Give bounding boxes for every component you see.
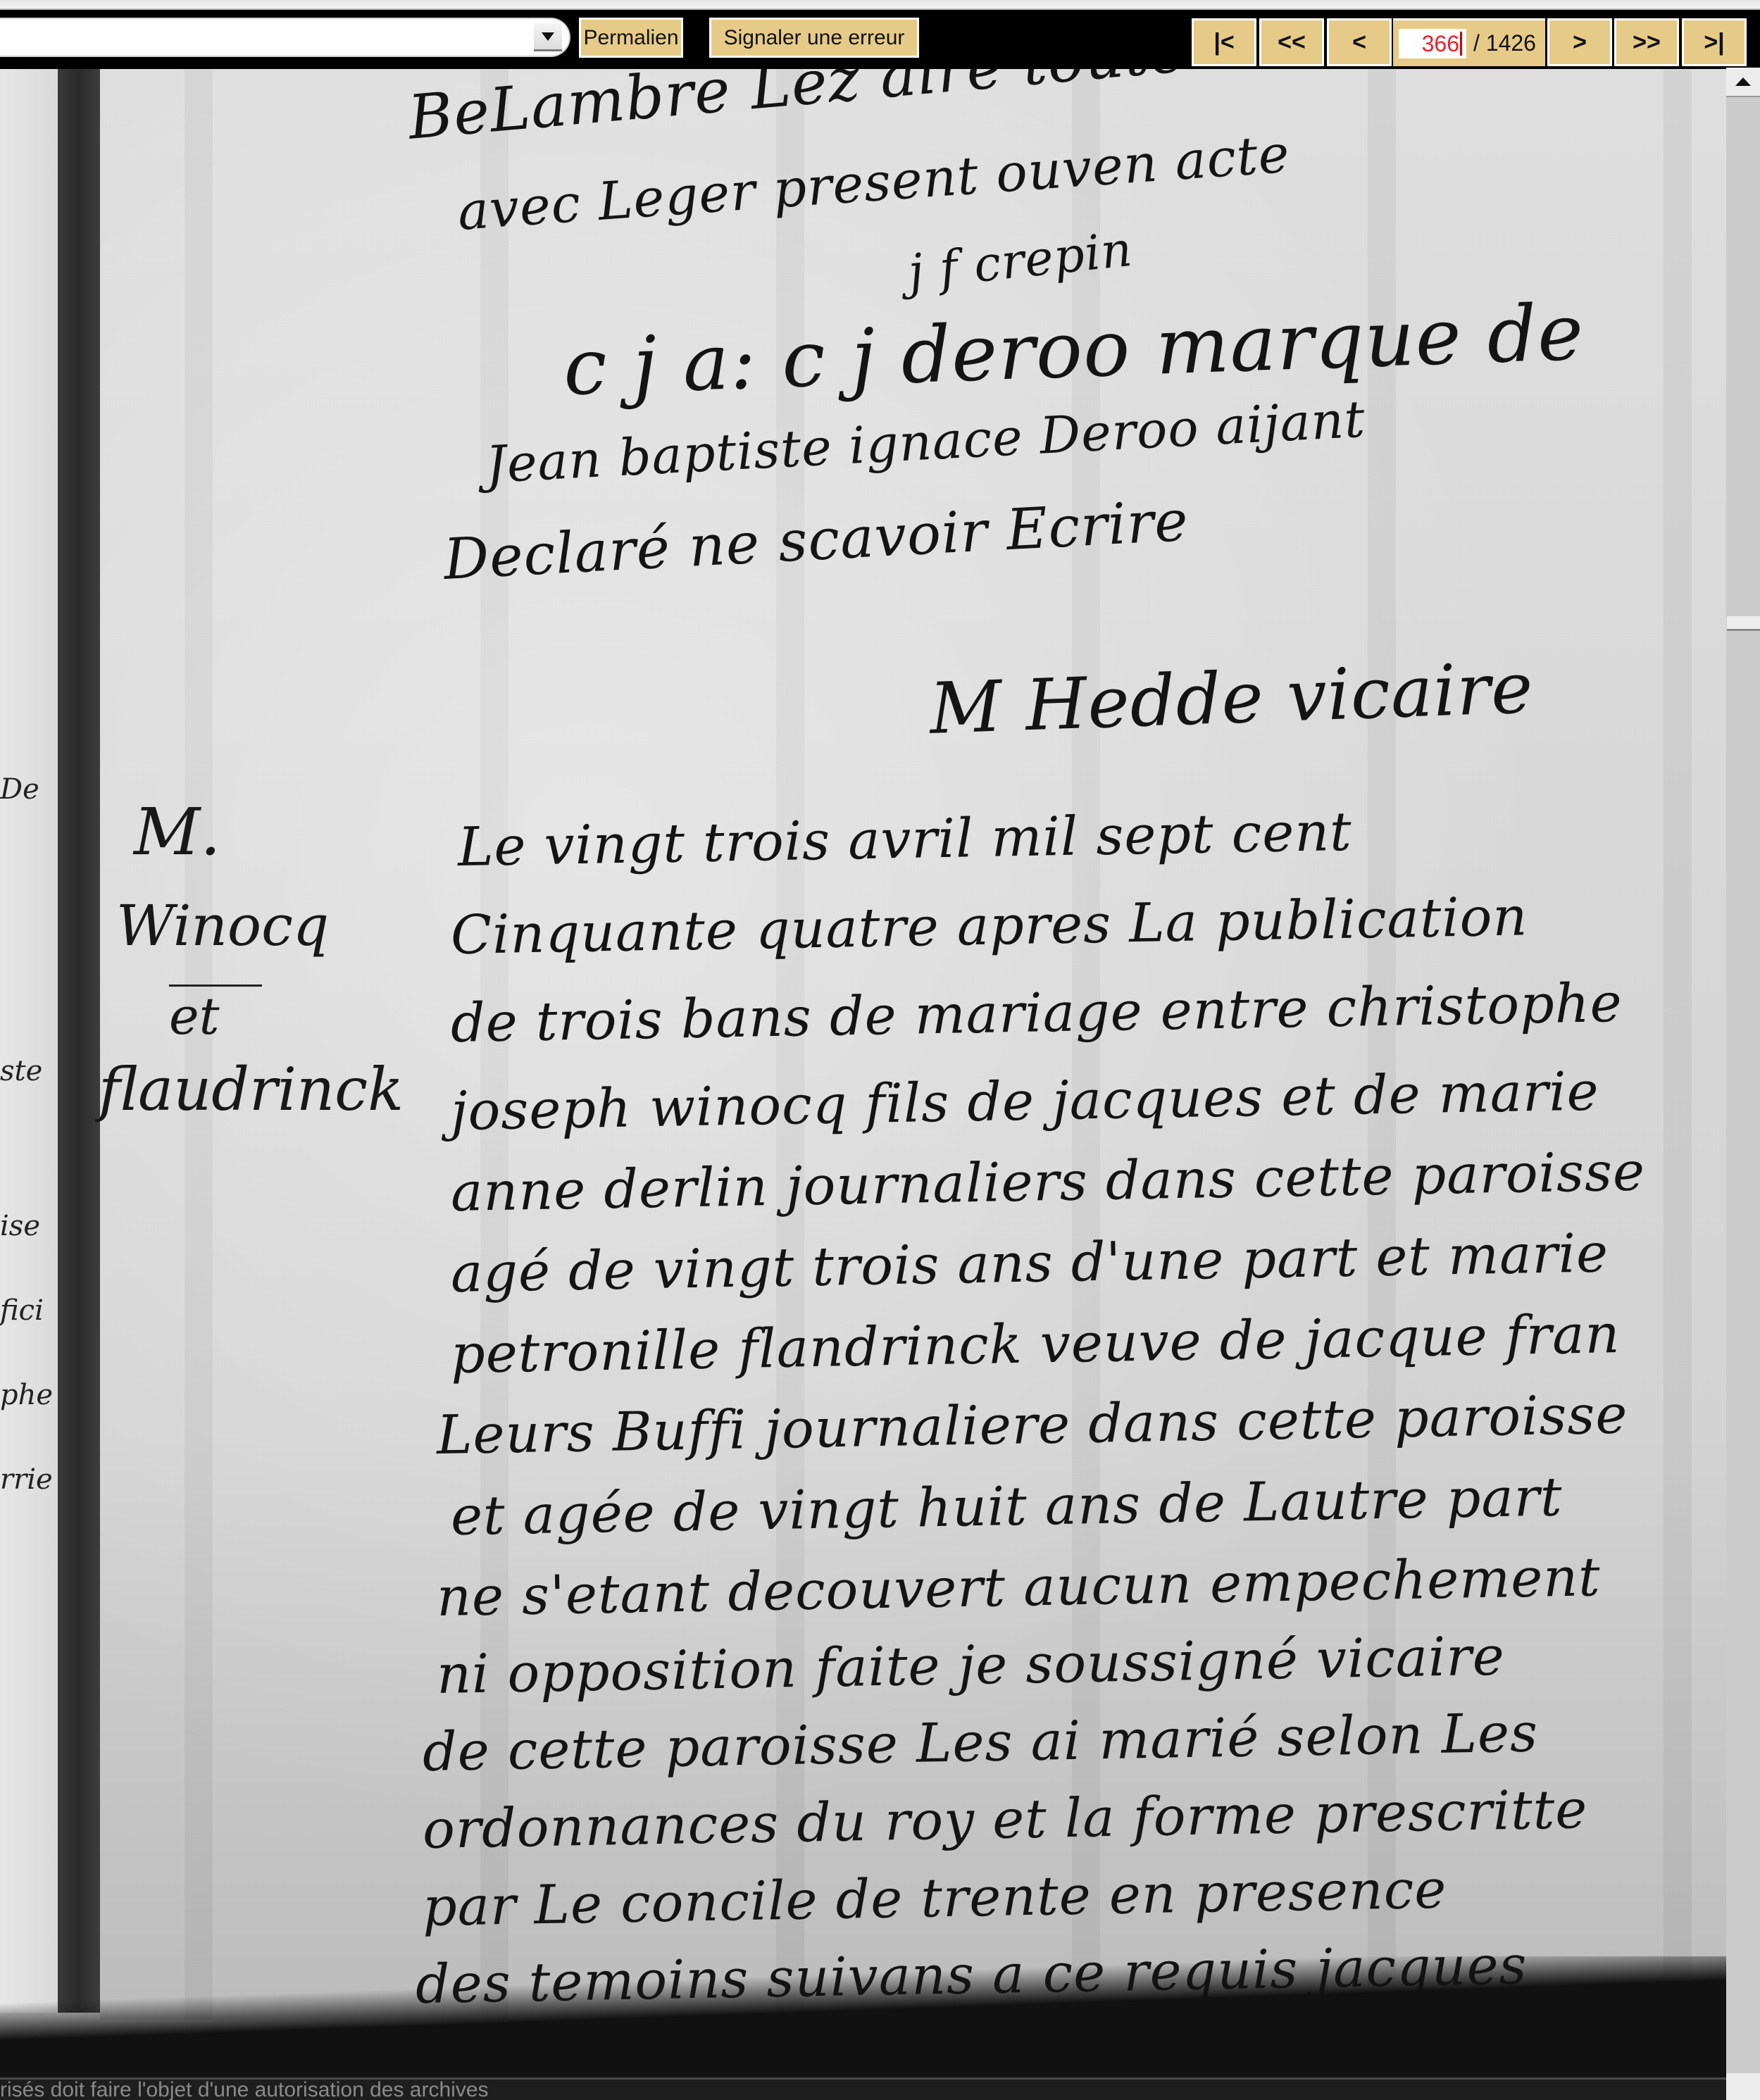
last-page-icon: >| [1704, 29, 1724, 56]
current-page-value: 366 [1422, 31, 1459, 56]
page-indicator: 366 / 1426 [1393, 18, 1545, 66]
total-pages: / 1426 [1473, 30, 1536, 56]
double-chevron-left-icon: << [1278, 29, 1306, 56]
browser-top-strip [0, 0, 1760, 10]
chevron-left-icon: < [1352, 29, 1366, 56]
fast-back-button[interactable]: << [1259, 18, 1324, 66]
left-page-fragment: ste [0, 1055, 42, 1087]
text-caret [1460, 32, 1462, 56]
first-page-button[interactable]: |< [1192, 18, 1256, 66]
left-page-edge: De ste ise fici phe rrie [0, 69, 58, 2013]
permalink-label: Permalien [583, 26, 678, 50]
margin-note-line: et [169, 985, 262, 1046]
report-error-button[interactable]: Signaler une erreur [709, 18, 919, 58]
margin-note-line: Winocq [116, 893, 329, 958]
register-selector[interactable] [0, 18, 570, 57]
margin-note-line: M. [134, 794, 220, 870]
footer-notice-bar: risés doit faire l'objet d'une autorisat… [0, 2077, 1726, 2100]
document-image-viewer[interactable]: De ste ise fici phe rrie BeLambre Lez ai… [0, 69, 1726, 2077]
report-error-label: Signaler une erreur [724, 26, 905, 50]
permalink-button[interactable]: Permalien [579, 18, 683, 58]
viewer-toolbar: Permalien Signaler une erreur |< << < 36… [0, 10, 1760, 69]
chevron-down-icon [542, 32, 554, 41]
last-page-button[interactable]: >| [1682, 18, 1747, 66]
left-page-fragment: phe [0, 1379, 53, 1411]
scrollbar-thumb[interactable] [1727, 616, 1760, 631]
left-page-fragment: rrie [0, 1463, 53, 1496]
left-page-fragment: ise [0, 1210, 40, 1242]
scroll-up-button[interactable] [1726, 68, 1760, 97]
margin-note-line: flaudrinck [99, 1055, 404, 1124]
next-page-button[interactable]: > [1547, 18, 1612, 66]
page-bottom-edge [0, 1956, 1726, 2077]
chevron-right-icon: > [1573, 29, 1587, 56]
double-chevron-right-icon: >> [1633, 29, 1661, 56]
left-page-fragment: De [0, 773, 39, 806]
copyright-notice: risés doit faire l'objet d'une autorisat… [0, 2078, 489, 2100]
previous-page-button[interactable]: < [1327, 18, 1392, 66]
left-page-fragment: fici [0, 1294, 44, 1327]
page-number-input[interactable]: 366 [1399, 29, 1466, 58]
register-selector-dropdown-button[interactable] [534, 23, 562, 51]
book-gutter [58, 69, 100, 2013]
first-page-icon: |< [1213, 29, 1234, 56]
arrow-up-icon [1735, 77, 1751, 86]
vertical-scrollbar[interactable] [1726, 69, 1760, 2077]
fast-forward-button[interactable]: >> [1614, 18, 1679, 66]
scrollbar-bottom [1726, 2073, 1760, 2100]
